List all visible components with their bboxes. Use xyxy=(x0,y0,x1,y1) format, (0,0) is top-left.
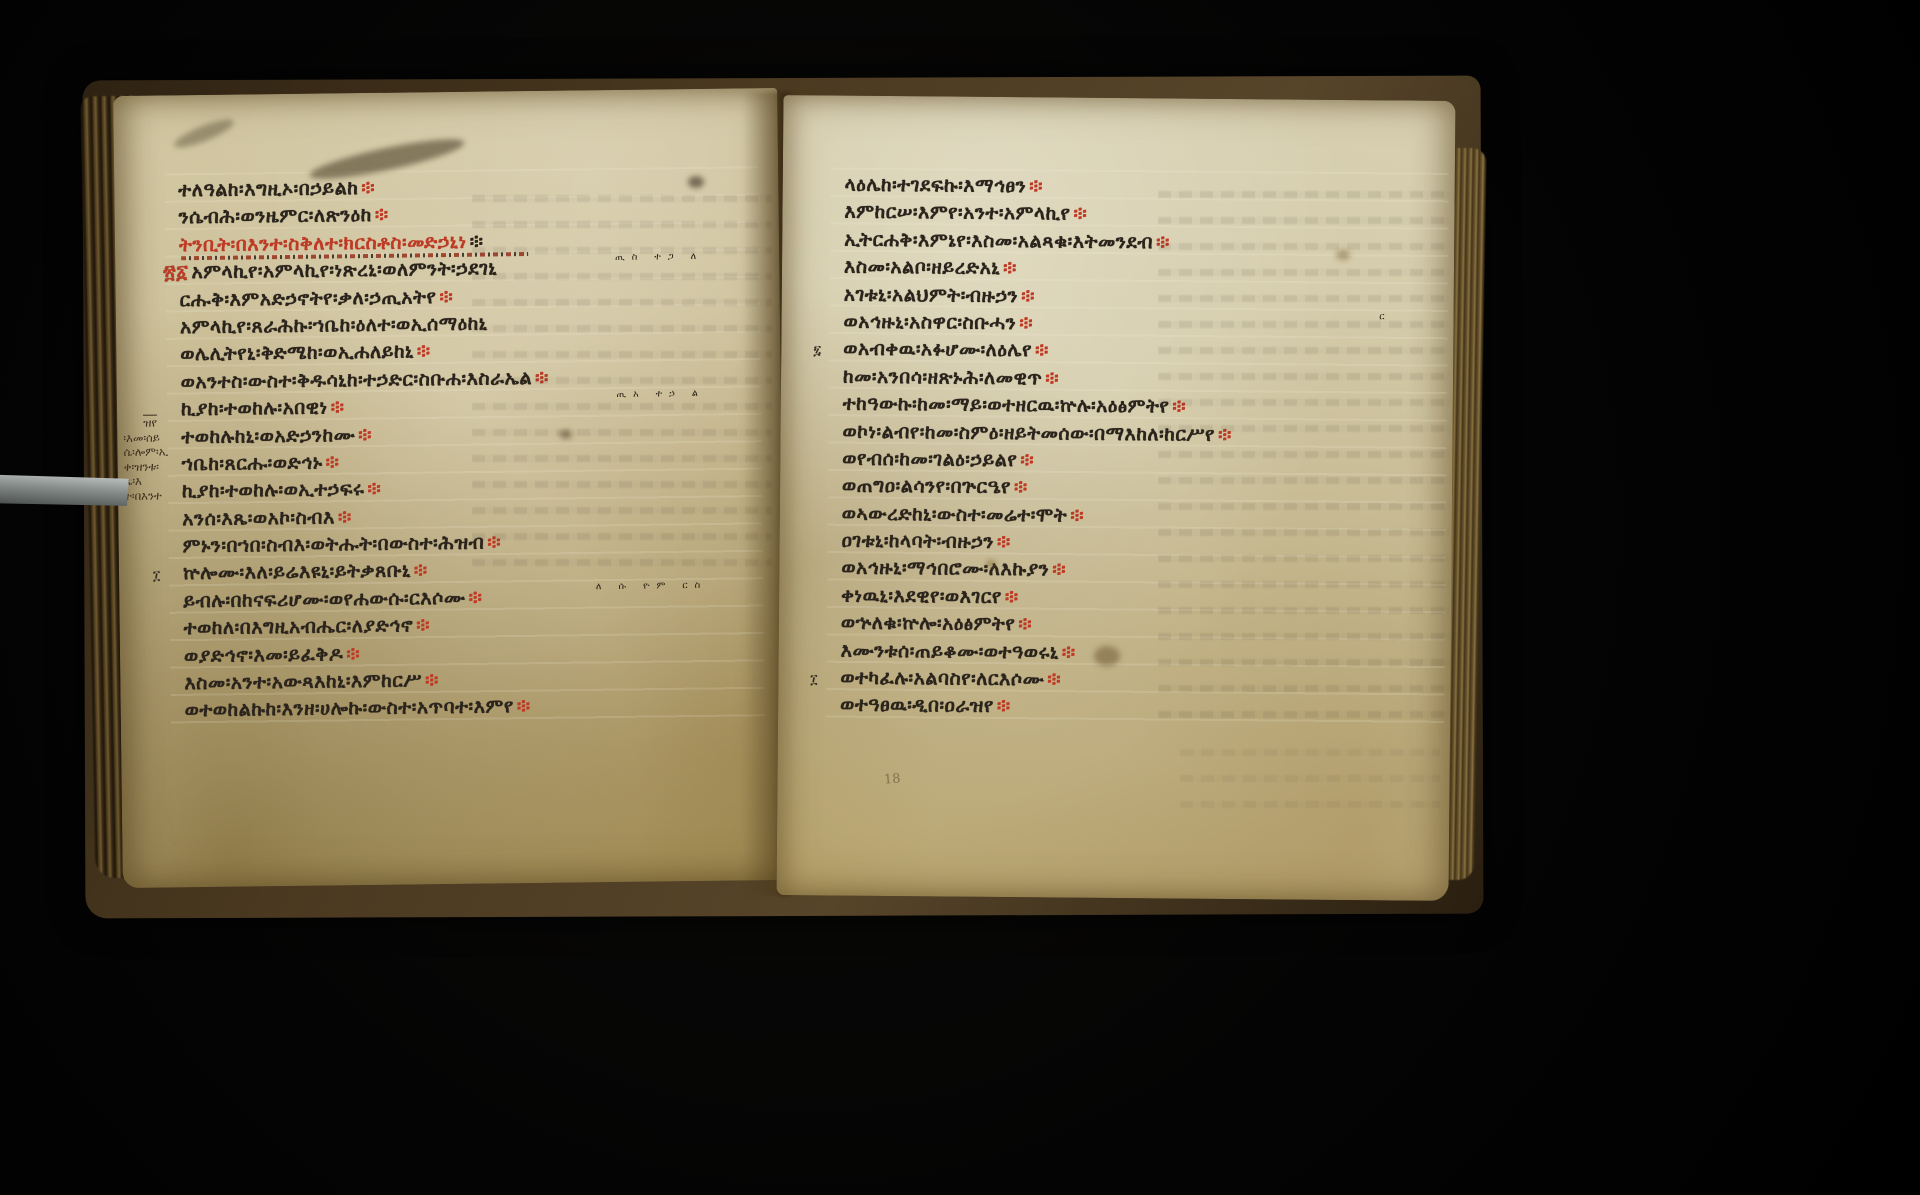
section-mark: ፨ xyxy=(1172,396,1186,418)
line-text: ኀቤከ፡ጸርሑ፡ወድኅኑ xyxy=(182,451,323,475)
line-text: ወሌሊትየኒ፡ቅድሜከ፡ወኢሐለይከኒ xyxy=(180,341,414,366)
photograph-background: ዝየ ፡እመ፡ሰይሴ፡ሎም፡ኢቀ፡ዝንቱ፡ጼ፡እት፡በእንተ ተለዓልከ፡እግዚ… xyxy=(0,0,1920,1195)
text-line: ወተዓፀዉ፡ዲበ፡ዐራዝየ፨ xyxy=(840,692,1424,724)
line-text: ቀነዉኒ፡እደዊየ፡ወእገርየ xyxy=(841,584,1002,607)
right-page: ላዕሌከ፡ተገደፍኩ፡እማኅፀን፨እምከርሠ፡እምየ፡አንተ፡አምላኪየ፨ኢትር… xyxy=(777,95,1456,901)
line-text: ኪያከ፡ተወከሉ፡ወኢተኃፍሩ xyxy=(182,478,365,502)
line-text: እስመ፡አልቦ፡ዘይረድአኒ xyxy=(844,256,1000,279)
interlinear-gloss: ጢአ ተኃ ል xyxy=(616,380,705,408)
folio-pencil-number: 18 xyxy=(883,771,901,787)
line-text: አምላኪየ፡አምላኪየ፡ነጽረኒ፡ወለምንት፡ኃደገኒ xyxy=(191,258,497,284)
line-text: ኵሎሙ፡እለ፡ይሬእዩኒ፡ይትቃጸቡኒ xyxy=(183,560,411,585)
interlinear-gloss: ር xyxy=(1379,303,1392,331)
section-mark: ፨ xyxy=(331,396,345,418)
line-text: ወአብቀዉ፡አፉሆሙ፡ለዕሌየ xyxy=(843,338,1032,362)
section-mark: ፨ xyxy=(487,531,501,553)
line-text: ወየብሰ፡ከመ፡ገልዕ፡ኃይልየ xyxy=(842,448,1017,472)
line-text: ምኑን፡በኀበ፡ስብእ፡ወትሑት፡በውስተ፡ሕዝብ xyxy=(183,532,485,558)
margin-numeral: ፲ xyxy=(153,563,161,590)
section-mark: ፨ xyxy=(1045,367,1059,389)
section-mark: ፨ xyxy=(997,695,1011,717)
line-text: ኪያከ፡ተወከሉ፡አበዊነ xyxy=(181,397,328,421)
left-page-lines: ተለዓልከ፡እግዚኦ፡በኃይልከ፨ንሴብሕ፡ወንዜምር፡ለጽንዕከ፨ትንቢት፡በ… xyxy=(178,170,745,725)
section-mark: ፨ xyxy=(417,341,431,363)
right-page-lines: ላዕሌከ፡ተገደፍኩ፡እማኅፀን፨እምከርሠ፡እምየ፡አንተ፡አምላኪየ፨ኢትር… xyxy=(840,172,1429,725)
section-mark: ፨ xyxy=(1052,559,1066,581)
section-mark: ፨ xyxy=(416,615,430,637)
section-mark: ፨ xyxy=(346,643,360,665)
section-mark: ፨ xyxy=(325,451,339,473)
line-text: ላዕሌከ፡ተገደፍኩ፡እማኅፀን xyxy=(845,174,1027,198)
line-text: ወአኅዙኒ፡አስዋር፡ስቡሓን xyxy=(843,311,1016,335)
section-mark: ፨ xyxy=(1020,449,1034,471)
section-mark: ፨ xyxy=(535,367,549,389)
line-text: እምከርሠ፡እምየ፡አንተ፡አምላኪየ xyxy=(844,201,1070,225)
margin-numeral: ፯ xyxy=(813,338,822,365)
left-page: ዝየ ፡እመ፡ሰይሴ፡ሎም፡ኢቀ፡ዝንቱ፡ጼ፡እት፡በእንተ ተለዓልከ፡እግዚ… xyxy=(113,88,787,888)
section-mark: ፨ xyxy=(1003,257,1017,279)
section-mark: ፨ xyxy=(338,506,352,528)
line-text: ወአንተስ፡ውስተ፡ቅዱሳኒከ፡ተኃድር፡ስቡሐ፡እስራኤል xyxy=(181,367,533,393)
section-mark: ፨ xyxy=(1019,312,1033,334)
margin-numeral: ፲ xyxy=(810,666,818,693)
section-mark: ፨ xyxy=(1021,285,1035,307)
section-mark: ፨ xyxy=(361,177,375,199)
section-mark: ፨ xyxy=(470,230,484,252)
left-page-text-column: ዝየ ፡እመ፡ሰይሴ፡ሎም፡ኢቀ፡ዝንቱ፡ጼ፡እት፡በእንተ ተለዓልከ፡እግዚ… xyxy=(178,170,745,725)
line-text: እስመ፡አንተ፡አውጻእከኒ፡እምከርሥ xyxy=(184,669,422,694)
interlinear-gloss: ለ ሱ ዮም ርስ xyxy=(596,572,708,601)
section-mark: ፨ xyxy=(517,695,531,717)
line-text: ርሑቅ፡እምአድኃኖትየ፡ቃለ፡ኃጢአትየ xyxy=(180,286,437,311)
section-mark: ፨ xyxy=(1018,613,1032,635)
section-mark: ፨ xyxy=(1156,231,1170,253)
psalm-number: ፳፩ xyxy=(163,261,188,283)
line-text: አምላኪየ፡ጸራሕኩ፡ኀቤከ፡ዕለተ፡ወኢሰማዕከኒ xyxy=(180,312,488,338)
line-text: እሙንቱሰ፡ጠይቆሙ፡ወተዓወሩኒ xyxy=(841,639,1059,663)
text-line: ወተወከልኩከ፡እንዘ፡ሀሎኩ፡ውስተ፡አጥባተ፡እምየ፨ xyxy=(185,691,745,725)
section-mark: ፨ xyxy=(439,286,453,308)
section-mark: ፨ xyxy=(375,204,389,226)
line-text: ወተካፈሉ፡አልባስየ፡ለርእሶሙ xyxy=(840,667,1044,691)
line-text: ወኮነ፡ልብየ፡ከመ፡ስምዕ፡ዘይትመሰው፡በማእከለ፡ከርሥየ xyxy=(842,420,1215,445)
line-text: ዐገቱኒ፡ከላባት፡ብዙኃን xyxy=(842,530,995,553)
section-mark: ፨ xyxy=(414,560,428,582)
line-text: አንሰ፡እጼ፡ወአኮ፡ስብእ xyxy=(182,506,335,530)
line-text: ንሴብሕ፡ወንዜምር፡ለጽንዕከ xyxy=(179,204,372,228)
line-text: ከመ፡አንበሳ፡ዘጽኑሕ፡ለመዊጥ xyxy=(843,365,1042,389)
section-mark: ፨ xyxy=(1005,586,1019,608)
line-text: ይብሉ፡በከናፍሪሆሙ፡ወየሐውሱ፡ርእሶሙ xyxy=(183,587,465,612)
line-text: ወተዓፀዉ፡ዲበ፡ዐራዝየ xyxy=(840,694,994,717)
line-text: ተወከለ፡በእግዚአብሔር፡ለያድኅኖ xyxy=(184,615,414,640)
section-mark: ፨ xyxy=(1062,641,1076,663)
section-mark: ፨ xyxy=(367,478,381,500)
line-text: ወኍለቁ፡ኵሎ፡አዕፅምትየ xyxy=(841,612,1016,636)
section-mark: ፨ xyxy=(1218,423,1232,445)
line-text: ወተወከልኩከ፡እንዘ፡ሀሎኩ፡ውስተ፡አጥባተ፡እምየ xyxy=(185,696,514,722)
line-text: ኢትርሐቅ፡እምኔየ፡እስመ፡አልጻቁ፡እትመንደብ xyxy=(844,228,1153,253)
line-text: አገቱኒ፡አልህምት፡ብዙኃን xyxy=(844,283,1019,307)
section-mark: ፨ xyxy=(1073,203,1087,225)
line-text: ወኣውረድከኒ፡ውስተ፡መሬተ፡ሞት xyxy=(842,502,1068,526)
section-mark: ፨ xyxy=(997,531,1011,553)
section-mark: ፨ xyxy=(425,669,439,691)
section-mark: ፨ xyxy=(468,586,482,608)
section-mark: ፨ xyxy=(1029,175,1043,197)
line-text: ተለዓልከ፡እግዚኦ፡በኃይልከ xyxy=(178,177,358,201)
section-mark: ፨ xyxy=(358,423,372,445)
right-page-text-column: ላዕሌከ፡ተገደፍኩ፡እማኅፀን፨እምከርሠ፡እምየ፡አንተ፡አምላኪየ፨ኢትር… xyxy=(840,172,1429,725)
section-mark: ፨ xyxy=(1035,340,1049,362)
line-text: ወጠግዐ፡ልሳንየ፡በጕርዔየ xyxy=(842,475,1011,498)
line-text: ወያድኅኖ፡እመ፡ይፈቅዶ xyxy=(184,643,344,667)
line-text: ተከዓውኩ፡ከመ፡ማይ፡ወተዘርዉ፡ኵሉ፡አዕፅምትየ xyxy=(843,393,1170,418)
section-mark: ፨ xyxy=(1047,668,1061,690)
section-mark: ፨ xyxy=(1070,504,1084,526)
section-mark: ፨ xyxy=(1014,476,1028,498)
line-text: ተወከሉከኒ፡ወአድኃንከሙ xyxy=(181,424,355,448)
interlinear-gloss: ጢስ ተጋ ለ xyxy=(615,243,703,271)
line-text: ወአኅዙኒ፡ማኅበሮሙ፡ለእኩያን xyxy=(841,557,1049,581)
